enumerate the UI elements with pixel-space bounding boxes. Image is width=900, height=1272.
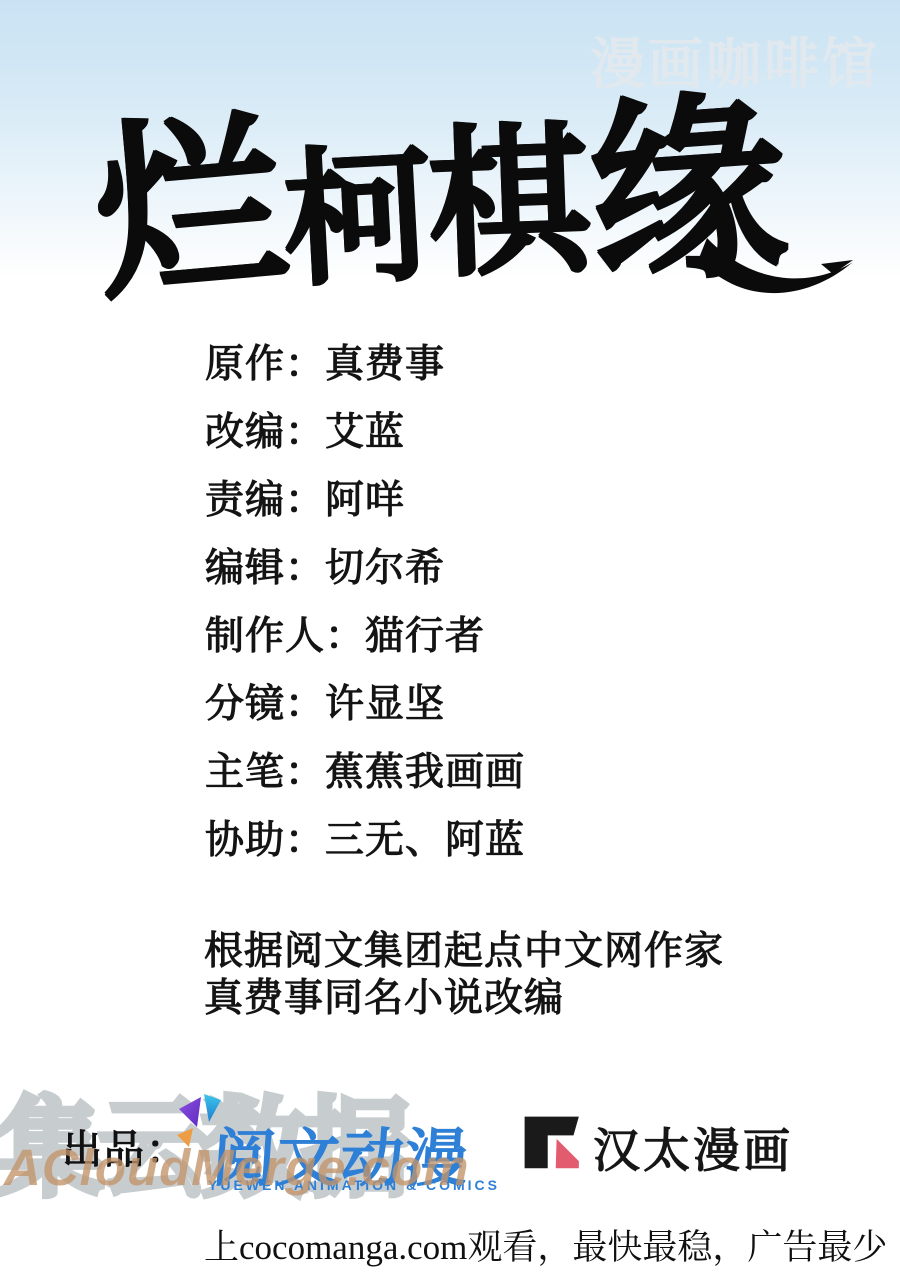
credit-row-original-author: 原作：真费事 [205, 327, 525, 395]
credit-row-lead-artist: 主笔：蕉蕉我画画 [205, 735, 525, 803]
series-title: 烂 柯 棋 缘 [95, 92, 855, 322]
credit-label: 协助 [205, 809, 285, 865]
credit-label: 主笔 [205, 741, 285, 797]
credit-colon: ： [285, 741, 325, 797]
adaptation-note-line1: 根据阅文集团起点中文网作家 [204, 928, 724, 975]
credit-value: 蕉蕉我画画 [325, 741, 525, 797]
credit-label: 制作人 [205, 605, 325, 661]
credit-value: 真费事 [325, 333, 445, 389]
footer-site-note: 上cocomanga.com观看，最快最稳，广告最少 [46, 1220, 900, 1270]
title-char-2: 柯 [279, 140, 435, 296]
credit-value: 许显坚 [325, 673, 445, 729]
credit-colon: ： [285, 469, 325, 525]
credit-value: 切尔希 [325, 537, 445, 593]
credit-label: 责编 [205, 469, 285, 525]
hantai-corner-icon [518, 1106, 581, 1170]
credit-row-responsible-editor: 责编：阿咩 [205, 463, 525, 531]
credit-colon: ： [285, 673, 325, 729]
hantai-logo: 汉太漫画 [518, 1106, 793, 1181]
credit-value: 艾蓝 [325, 401, 405, 457]
credit-value: 猫行者 [365, 605, 485, 661]
credit-label: 分镜 [205, 673, 285, 729]
credit-row-editor: 编辑：切尔希 [205, 531, 525, 599]
title-char-1: 烂 [87, 106, 291, 310]
credit-value: 三无、阿蓝 [325, 809, 525, 865]
hantai-logo-text: 汉太漫画 [593, 1114, 793, 1181]
credit-colon: ： [285, 401, 325, 457]
credits-list: 原作：真费事 改编：艾蓝 责编：阿咩 编辑：切尔希 制作人：猫行者 分镜：许显坚… [205, 327, 525, 871]
credit-label: 改编 [205, 401, 285, 457]
credit-colon: ： [285, 809, 325, 865]
brush-swoosh-stroke [693, 230, 858, 315]
credit-colon: ： [285, 333, 325, 389]
adaptation-note: 根据阅文集团起点中文网作家 真费事同名小说改编 [204, 928, 724, 1022]
credit-row-producer: 制作人：猫行者 [205, 599, 525, 667]
credit-value: 阿咩 [325, 469, 405, 525]
credit-row-adaptation: 改编：艾蓝 [205, 395, 525, 463]
credit-colon: ： [285, 537, 325, 593]
credit-label: 原作 [205, 333, 285, 389]
adaptation-note-line2: 真费事同名小说改编 [204, 975, 724, 1022]
credit-label: 编辑 [205, 537, 285, 593]
credit-row-assistants: 协助：三无、阿蓝 [205, 803, 525, 871]
title-char-3: 棋 [424, 119, 592, 287]
watermark-url: ACloudMerge.com [4, 1138, 470, 1197]
credit-colon: ： [325, 605, 365, 661]
credit-row-storyboard: 分镜：许显坚 [205, 667, 525, 735]
